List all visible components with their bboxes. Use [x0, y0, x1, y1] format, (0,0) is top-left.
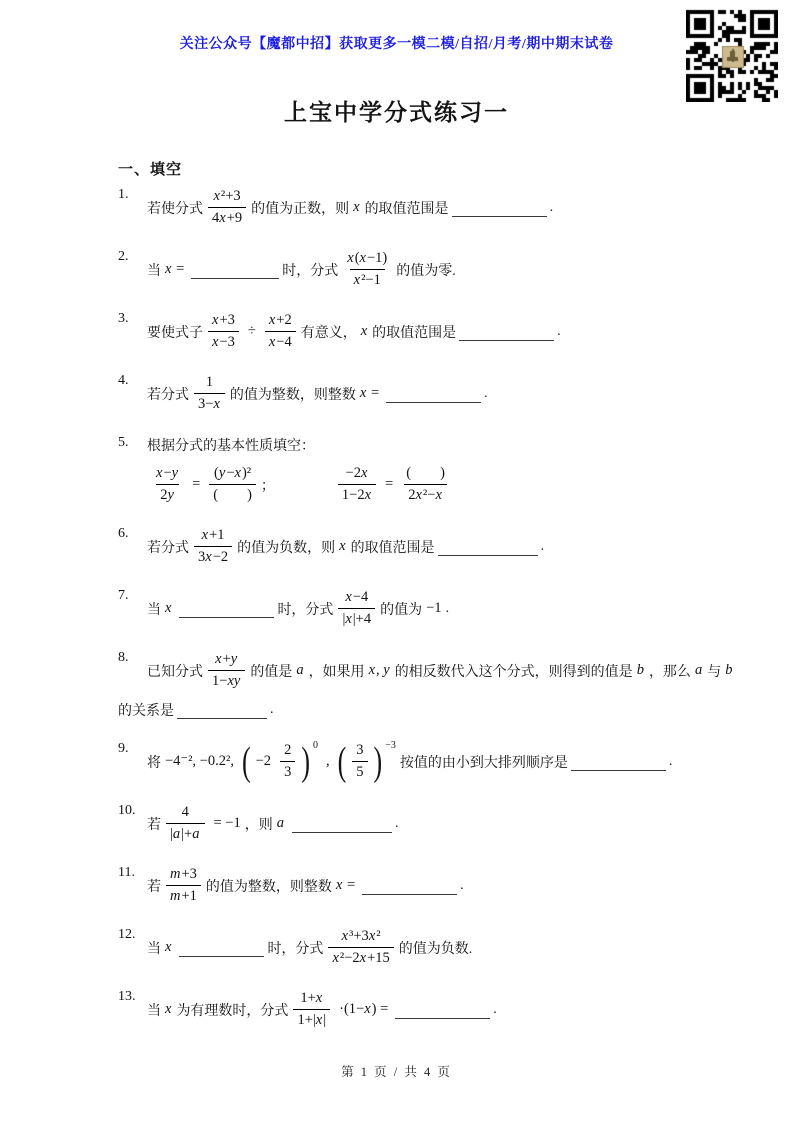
problem-item: 1.若使分式x²+34x+9的值为正数，则x的取值范围是.: [118, 186, 738, 229]
text-run: 的值为整数，则整数: [230, 384, 356, 404]
text-run: 的值为正数，则: [251, 198, 349, 218]
problem-line: 若m+3m+1的值为整数，则整数x =.: [147, 864, 738, 907]
text-run: ，那么: [649, 661, 691, 681]
text-run: 有意义，: [301, 322, 357, 342]
text-run: 将: [147, 752, 161, 772]
answer-blank: [179, 600, 274, 618]
fraction: x+y1−xy: [208, 649, 245, 692]
answer-blank: [386, 385, 481, 403]
problem-item: 13.当x为有理数时，分式1+x1+|x|·(1−x) =.: [118, 988, 738, 1031]
text-run: 的值为整数，则整数: [206, 876, 332, 896]
problem-number: 13.: [118, 988, 147, 1031]
text-run: 当: [147, 260, 161, 280]
math-run: x: [165, 1001, 172, 1018]
text-run: .: [270, 702, 274, 718]
math-run: −1: [426, 600, 441, 617]
answer-blank: [362, 877, 457, 895]
problem-line: 当x时，分式x−4|x|+4的值为−1.: [147, 587, 738, 630]
fraction: −2x1−2x: [338, 463, 376, 506]
problem-item: 11.若m+3m+1的值为整数，则整数x =.: [118, 864, 738, 907]
problem-number: 9.: [118, 740, 147, 783]
problem-item: 12.当x时，分式x³+3x²x²−2x+15的值为负数.: [118, 926, 738, 969]
right-paren: ): [300, 742, 311, 782]
answer-blank: [191, 261, 279, 279]
problem-body: 要使式子x+3x−3÷x+2x−4有意义，x的取值范围是.: [147, 310, 738, 353]
math-run: x: [165, 600, 172, 617]
header-promo: 关注公众号【魔都中招】获取更多一模二模/自招/月考/期中期末试卷: [0, 33, 793, 53]
section-heading: 一、填空: [118, 158, 182, 179]
problem-number: 6.: [118, 525, 147, 568]
page-footer: 第 1 页 / 共 4 页: [0, 1062, 793, 1080]
text-run: .: [493, 1002, 497, 1018]
problem-line: 若分式13−x的值为整数，则整数x =.: [147, 372, 738, 415]
problem-line: 当x =时，分式x(x−1)x²−1的值为零.: [147, 248, 738, 291]
problem-item: 4.若分式13−x的值为整数，则整数x =.: [118, 372, 738, 415]
math-run: a: [296, 662, 304, 679]
problem-line: 的关系是.: [118, 699, 738, 721]
text-run: 的值为: [380, 599, 422, 619]
fraction: m+3m+1: [166, 864, 201, 907]
text-run: .: [446, 601, 450, 617]
math-run: x: [339, 538, 346, 555]
text-run: 根据分式的基本性质填空：: [147, 435, 315, 455]
math-run: ·(1−x) =: [339, 1001, 388, 1018]
fraction: x−4|x|+4: [338, 587, 375, 630]
math-run: =: [385, 476, 393, 493]
problem-line: 当x为有理数时，分式1+x1+|x|·(1−x) =.: [147, 988, 738, 1031]
exponent: 0: [313, 740, 318, 751]
text-run: .: [460, 878, 464, 894]
fraction: x+3x−3: [208, 310, 239, 353]
text-run: 的值为零.: [396, 260, 456, 280]
problem-line: 当x时，分式x³+3x²x²−2x+15的值为负数.: [147, 926, 738, 969]
fraction: 1+x1+|x|: [293, 988, 330, 1031]
page-title: 上宝中学分式练习一: [0, 94, 793, 127]
math-run: =: [192, 476, 200, 493]
fraction: 13−x: [194, 372, 225, 415]
left-paren: (: [337, 742, 348, 782]
math-run: a: [695, 662, 703, 679]
problem-number: 10.: [118, 802, 147, 845]
left-paren: (: [241, 742, 252, 782]
text-run: .: [395, 816, 399, 832]
answer-blank: [292, 815, 392, 833]
text-run: 时，分式: [267, 938, 323, 958]
right-paren: ): [373, 742, 384, 782]
math-run: x: [165, 939, 172, 956]
text-run: 已知分式: [147, 661, 203, 681]
fraction: x(x−1)x²−1: [343, 248, 391, 291]
problem-item: 6.若分式x+13x−2的值为负数，则x的取值范围是.: [118, 525, 738, 568]
problem-number: 11.: [118, 864, 147, 907]
text-run: 的取值范围是: [351, 537, 435, 557]
math-run: −4⁻², −0.2²,: [165, 753, 234, 770]
answer-blank: [177, 701, 267, 719]
text-run: 为有理数时，分式: [176, 1000, 288, 1020]
text-run: ；: [261, 475, 275, 495]
qr-code-wrap: [686, 8, 778, 102]
math-run: ÷: [248, 323, 256, 340]
answer-blank: [571, 753, 666, 771]
math-run: x =: [336, 877, 355, 894]
text-run: .: [484, 386, 488, 402]
text-run: 的取值范围是: [365, 198, 449, 218]
problem-line: x−y2y=(y−x)²( )；−2x1−2x=( )2x²−x: [147, 463, 738, 506]
problem-number: 5.: [118, 434, 147, 506]
problem-body: 当x时，分式x−4|x|+4的值为−1.: [147, 587, 738, 630]
problem-item: 9.将−4⁻², −0.2²,(−223)0,(35)−3按值的由小到大排列顺序…: [118, 740, 738, 783]
fraction: x−y2y: [152, 463, 183, 506]
math-run: x: [353, 199, 360, 216]
problem-body: 若分式x+13x−2的值为负数，则x的取值范围是.: [147, 525, 738, 568]
text-run: .: [557, 324, 561, 340]
text-run: 时，分式: [282, 260, 338, 280]
fraction: (y−x)²( ): [209, 463, 256, 506]
problem-number: 4.: [118, 372, 147, 415]
problem-item: 10.若4|a|+a= −1，则a.: [118, 802, 738, 845]
paren-fraction: (35)−3: [337, 740, 397, 783]
text-run: .: [669, 754, 673, 770]
problem-body: 若使分式x²+34x+9的值为正数，则x的取值范围是.: [147, 186, 738, 229]
math-run: x: [361, 323, 368, 340]
problem-body: 已知分式x+y1−xy的值是a，如果用x, y的相反数代入这个分式，则得到的值是…: [147, 649, 738, 721]
fraction: 4|a|+a: [166, 802, 205, 845]
answer-blank: [459, 323, 554, 341]
text-run: 若分式: [147, 537, 189, 557]
text-run: 当: [147, 599, 161, 619]
problem-line: 若使分式x²+34x+9的值为正数，则x的取值范围是.: [147, 186, 738, 229]
problem-number: 12.: [118, 926, 147, 969]
text-run: 与: [707, 661, 721, 681]
problem-body: 当x为有理数时，分式1+x1+|x|·(1−x) =.: [147, 988, 738, 1031]
problem-line: 已知分式x+y1−xy的值是a，如果用x, y的相反数代入这个分式，则得到的值是…: [147, 649, 738, 692]
problem-item: 8.已知分式x+y1−xy的值是a，如果用x, y的相反数代入这个分式，则得到的…: [118, 649, 738, 721]
text-run: 当: [147, 938, 161, 958]
problem-line: 将−4⁻², −0.2²,(−223)0,(35)−3按值的由小到大排列顺序是.: [147, 740, 738, 783]
problem-item: 7.当x时，分式x−4|x|+4的值为−1.: [118, 587, 738, 630]
problem-line: 若4|a|+a= −1，则a.: [147, 802, 738, 845]
answer-blank: [452, 199, 547, 217]
fraction: x²+34x+9: [208, 186, 246, 229]
math-run: x, y: [369, 662, 391, 679]
text-run: 要使式子: [147, 322, 203, 342]
paren-fraction: (−223)0: [241, 740, 319, 783]
problem-number: 1.: [118, 186, 147, 229]
text-run: 若分式: [147, 384, 189, 404]
text-run: ，如果用: [309, 661, 365, 681]
problem-list: 1.若使分式x²+34x+9的值为正数，则x的取值范围是.2.当x =时，分式x…: [118, 186, 738, 1050]
text-run: 的值为负数.: [399, 938, 473, 958]
answer-blank: [179, 939, 264, 957]
problem-item: 2.当x =时，分式x(x−1)x²−1的值为零.: [118, 248, 738, 291]
text-run: 的相反数代入这个分式，则得到的值是: [395, 661, 633, 681]
problem-body: 若4|a|+a= −1，则a.: [147, 802, 738, 845]
math-run: x =: [165, 261, 184, 278]
math-run: x =: [360, 385, 379, 402]
problem-body: 若m+3m+1的值为整数，则整数x =.: [147, 864, 738, 907]
text-run: 当: [147, 1000, 161, 1020]
fraction: x+13x−2: [194, 525, 232, 568]
math-run: b: [725, 662, 733, 679]
problem-number: 3.: [118, 310, 147, 353]
problem-body: 若分式13−x的值为整数，则整数x =.: [147, 372, 738, 415]
answer-blank: [438, 538, 538, 556]
text-run: 若使分式: [147, 198, 203, 218]
text-run: 时，分式: [277, 599, 333, 619]
exponent: −3: [385, 740, 396, 751]
problem-line: 根据分式的基本性质填空：: [147, 434, 738, 456]
problem-item: 5.根据分式的基本性质填空：x−y2y=(y−x)²( )；−2x1−2x=( …: [118, 434, 738, 506]
fraction: ( )2x²−x: [402, 463, 449, 506]
math-run: = −1: [214, 815, 241, 832]
text-run: .: [550, 200, 554, 216]
problem-number: 2.: [118, 248, 147, 291]
problem-line: 要使式子x+3x−3÷x+2x−4有意义，x的取值范围是.: [147, 310, 738, 353]
problem-body: 将−4⁻², −0.2²,(−223)0,(35)−3按值的由小到大排列顺序是.: [147, 740, 738, 783]
text-run: ，则: [245, 814, 273, 834]
math-run: a: [277, 815, 285, 832]
wechat-qr-icon: [686, 8, 778, 102]
problem-line: 若分式x+13x−2的值为负数，则x的取值范围是.: [147, 525, 738, 568]
text-run: 的关系是: [118, 700, 174, 720]
problem-body: 当x =时，分式x(x−1)x²−1的值为零.: [147, 248, 738, 291]
text-run: 的值是: [250, 661, 292, 681]
text-run: 若: [147, 814, 161, 834]
spacer: [275, 484, 333, 485]
fraction: x³+3x²x²−2x+15: [328, 926, 393, 969]
text-run: 的值为负数，则: [237, 537, 335, 557]
worksheet-page: 关注公众号【魔都中招】获取更多一模二模/自招/月考/期中期末试卷 上宝中学分式练…: [0, 0, 793, 1122]
problem-body: 根据分式的基本性质填空：x−y2y=(y−x)²( )；−2x1−2x=( )2…: [147, 434, 738, 506]
text-run: .: [541, 539, 545, 555]
text-run: 的取值范围是: [372, 322, 456, 342]
problem-number: 7.: [118, 587, 147, 630]
math-run: ,: [326, 753, 330, 770]
math-run: b: [637, 662, 645, 679]
text-run: 按值的由小到大排列顺序是: [400, 752, 568, 772]
problem-item: 3.要使式子x+3x−3÷x+2x−4有意义，x的取值范围是.: [118, 310, 738, 353]
answer-blank: [395, 1001, 490, 1019]
problem-body: 当x时，分式x³+3x²x²−2x+15的值为负数.: [147, 926, 738, 969]
text-run: 若: [147, 876, 161, 896]
fraction: x+2x−4: [265, 310, 296, 353]
